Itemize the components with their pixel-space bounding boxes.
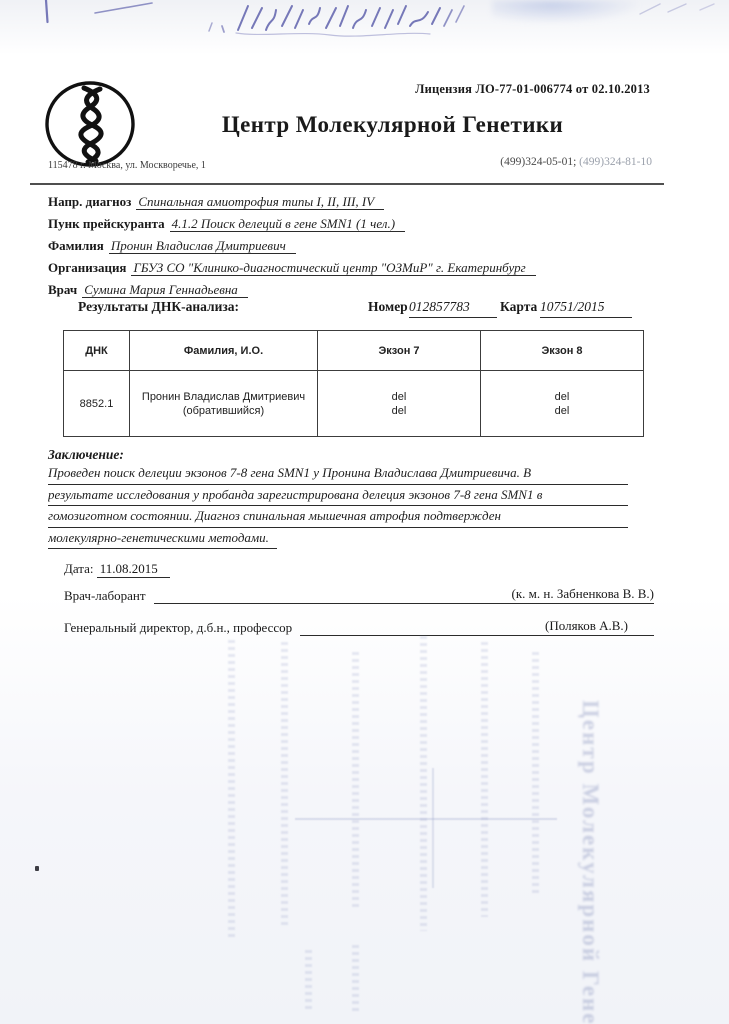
field-value: Сумина Мария Геннадьевна bbox=[82, 282, 248, 298]
field-label: Напр. диагноз bbox=[48, 194, 131, 209]
card-label: Карта bbox=[500, 299, 537, 315]
ghost-text-column bbox=[481, 642, 488, 917]
conclusion-label: Заключение: bbox=[48, 447, 124, 463]
table-row: 8852.1 Пронин Владислав Дмитриевич (обра… bbox=[64, 371, 644, 437]
field-value: Пронин Владислав Дмитриевич bbox=[109, 238, 296, 254]
patient-role: (обратившийся) bbox=[130, 404, 317, 418]
ghost-table-line bbox=[295, 818, 557, 820]
date-value: 11.08.2015 bbox=[97, 561, 170, 578]
phone-2: (499)324-81-10 bbox=[579, 156, 652, 168]
col-header-name: Фамилия, И.О. bbox=[130, 331, 318, 371]
conclusion-line-2: результате исследования у пробанда зарег… bbox=[48, 485, 628, 507]
field-value: ГБУЗ СО "Клинико-диагностический центр "… bbox=[131, 260, 535, 276]
exon7-allele1: del bbox=[318, 390, 480, 404]
ghost-text-column bbox=[305, 950, 312, 1010]
number-value: 012857783 bbox=[409, 299, 497, 318]
cell-exon7: del del bbox=[318, 371, 481, 437]
signature-name: (к. м. н. Забненкова В. В.) bbox=[512, 586, 654, 601]
col-header-exon8: Экзон 8 bbox=[481, 331, 644, 371]
field-diagnosis: Напр. диагнозСпинальная амиотрофия типы … bbox=[48, 194, 668, 216]
field-label: Фамилия bbox=[48, 238, 104, 253]
phone-1: (499)324-05-01; bbox=[500, 156, 576, 168]
form-fields: Напр. диагнозСпинальная амиотрофия типы … bbox=[48, 194, 668, 304]
ghost-text-column bbox=[352, 652, 359, 907]
field-label: Организация bbox=[48, 260, 126, 275]
cell-name: Пронин Владислав Дмитриевич (обратившийс… bbox=[130, 371, 318, 437]
signature-role: Генеральный директор, д.б.н., профессор bbox=[64, 620, 292, 636]
field-label: Пунк прейскуранта bbox=[48, 216, 165, 231]
results-label: Результаты ДНК-анализа: bbox=[78, 299, 239, 315]
signature-row-director: Генеральный директор, д.б.н., профессор … bbox=[64, 616, 654, 636]
license-line: Лицензия ЛО-77-01-006774 от 02.10.2013 bbox=[415, 82, 650, 97]
col-header-exon7: Экзон 7 bbox=[318, 331, 481, 371]
conclusion-text: Проведен поиск делеции экзонов 7-8 гена … bbox=[48, 463, 628, 553]
ghost-text-column bbox=[352, 945, 359, 1015]
field-surname: ФамилияПронин Владислав Дмитриевич bbox=[48, 238, 668, 260]
col-header-dnk: ДНК bbox=[64, 331, 130, 371]
exon8-allele1: del bbox=[481, 390, 643, 404]
exon7-allele2: del bbox=[318, 404, 480, 418]
signature-row-lab-doctor: Врач-лаборант (к. м. н. Забненкова В. В.… bbox=[64, 584, 654, 604]
ghost-text-column bbox=[281, 642, 288, 927]
date-label: Дата: bbox=[64, 561, 94, 576]
date-row: Дата: 11.08.2015 bbox=[64, 561, 170, 577]
card-value: 10751/2015 bbox=[540, 299, 632, 318]
field-value: 4.1.2 Поиск делеций в гене SMN1 (1 чел.) bbox=[170, 216, 405, 232]
cell-dnk: 8852.1 bbox=[64, 371, 130, 437]
conclusion-line-1: Проведен поиск делеции экзонов 7-8 гена … bbox=[48, 463, 628, 485]
signature-role: Врач-лаборант bbox=[64, 588, 146, 604]
conclusion-line-3: гомозиготном состоянии. Диагноз спинальн… bbox=[48, 506, 628, 528]
ghost-text-column bbox=[228, 640, 235, 940]
organization-title: Центр Молекулярной Генетики bbox=[120, 112, 665, 138]
patient-name: Пронин Владислав Дмитриевич bbox=[130, 390, 317, 404]
field-value: Спинальная амиотрофия типы I, II, III, I… bbox=[136, 194, 384, 210]
cell-exon8: del del bbox=[481, 371, 644, 437]
signature-line: (к. м. н. Забненкова В. В.) bbox=[154, 586, 654, 604]
ghost-text-column bbox=[532, 652, 539, 897]
field-organization: ОрганизацияГБУЗ СО "Клинико-диагностичес… bbox=[48, 260, 668, 282]
header-divider bbox=[30, 183, 664, 185]
dna-results-table: ДНК Фамилия, И.О. Экзон 7 Экзон 8 8852.1… bbox=[63, 330, 644, 437]
field-pricelist-item: Пунк прейскуранта4.1.2 Поиск делеций в г… bbox=[48, 216, 668, 238]
scan-speck bbox=[35, 866, 39, 871]
field-label: Врач bbox=[48, 282, 77, 297]
signature-line: (Поляков А.В.) bbox=[300, 618, 654, 636]
ghost-text-column bbox=[420, 636, 427, 931]
results-line: Результаты ДНК-анализа: Номер 012857783 … bbox=[0, 299, 729, 321]
ghost-table-line bbox=[432, 768, 434, 888]
ink-smudge bbox=[492, 0, 642, 24]
ghost-bleedthrough-title: Центр Молекулярной Генетики bbox=[577, 700, 603, 1024]
signature-name: (Поляков А.В.) bbox=[545, 618, 654, 633]
exon8-allele2: del bbox=[481, 404, 643, 418]
phone-numbers: (499)324-05-01; (499)324-81-10 bbox=[500, 156, 652, 168]
address-line: 115478 г. Москва, ул. Москворечье, 1 bbox=[48, 160, 206, 171]
number-label: Номер bbox=[368, 299, 408, 315]
scanned-document-page: Лицензия ЛО-77-01-006774 от 02.10.2013 Ц… bbox=[0, 0, 729, 1024]
table-header-row: ДНК Фамилия, И.О. Экзон 7 Экзон 8 bbox=[64, 331, 644, 371]
conclusion-line-4: молекулярно-генетическими методами. bbox=[48, 528, 277, 550]
